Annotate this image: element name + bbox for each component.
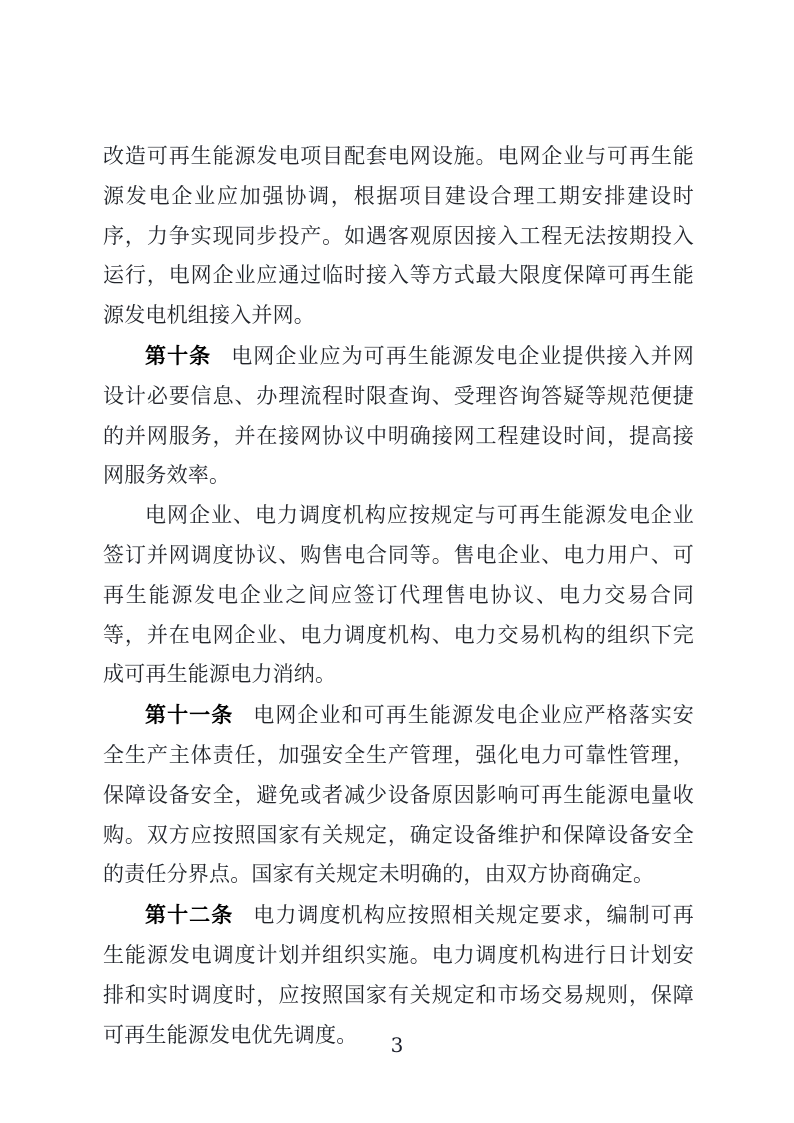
document-page: 改造可再生能源发电项目配套电网设施。电网企业与可再生能源发电企业应加强协调，根据… [0,0,794,1123]
article-10-number: 第十条 [145,343,211,368]
paragraph-article-10-sub: 电网企业、电力调度机构应按规定与可再生能源发电企业签订并网调度协议、购售电合同等… [103,496,694,695]
page-number: 3 [391,1033,404,1057]
article-11-number: 第十一条 [145,702,233,727]
page-footer: 3 [0,1033,794,1057]
paragraph-continuation: 改造可再生能源发电项目配套电网设施。电网企业与可再生能源发电企业应加强协调，根据… [103,137,694,336]
document-body: 改造可再生能源发电项目配套电网设施。电网企业与可再生能源发电企业应加强协调，根据… [103,137,694,1055]
article-12-number: 第十二条 [145,902,233,927]
paragraph-text: 改造可再生能源发电项目配套电网设施。电网企业与可再生能源发电企业应加强协调，根据… [103,144,694,327]
paragraph-article-11: 第十一条电网企业和可再生能源发电企业应严格落实安全生产主体责任，加强安全生产管理… [103,695,694,895]
paragraph-text: 电网企业、电力调度机构应按规定与可再生能源发电企业签订并网调度协议、购售电合同等… [103,503,694,686]
paragraph-text: 电网企业和可再生能源发电企业应严格落实安全生产主体责任，加强安全生产管理，强化电… [103,703,694,886]
paragraph-article-10: 第十条电网企业应为可再生能源发电企业提供接入并网设计必要信息、办理流程时限查询、… [103,336,694,496]
paragraph-article-12: 第十二条电力调度机构应按照相关规定要求，编制可再生能源发电调度计划并组织实施。电… [103,895,694,1055]
